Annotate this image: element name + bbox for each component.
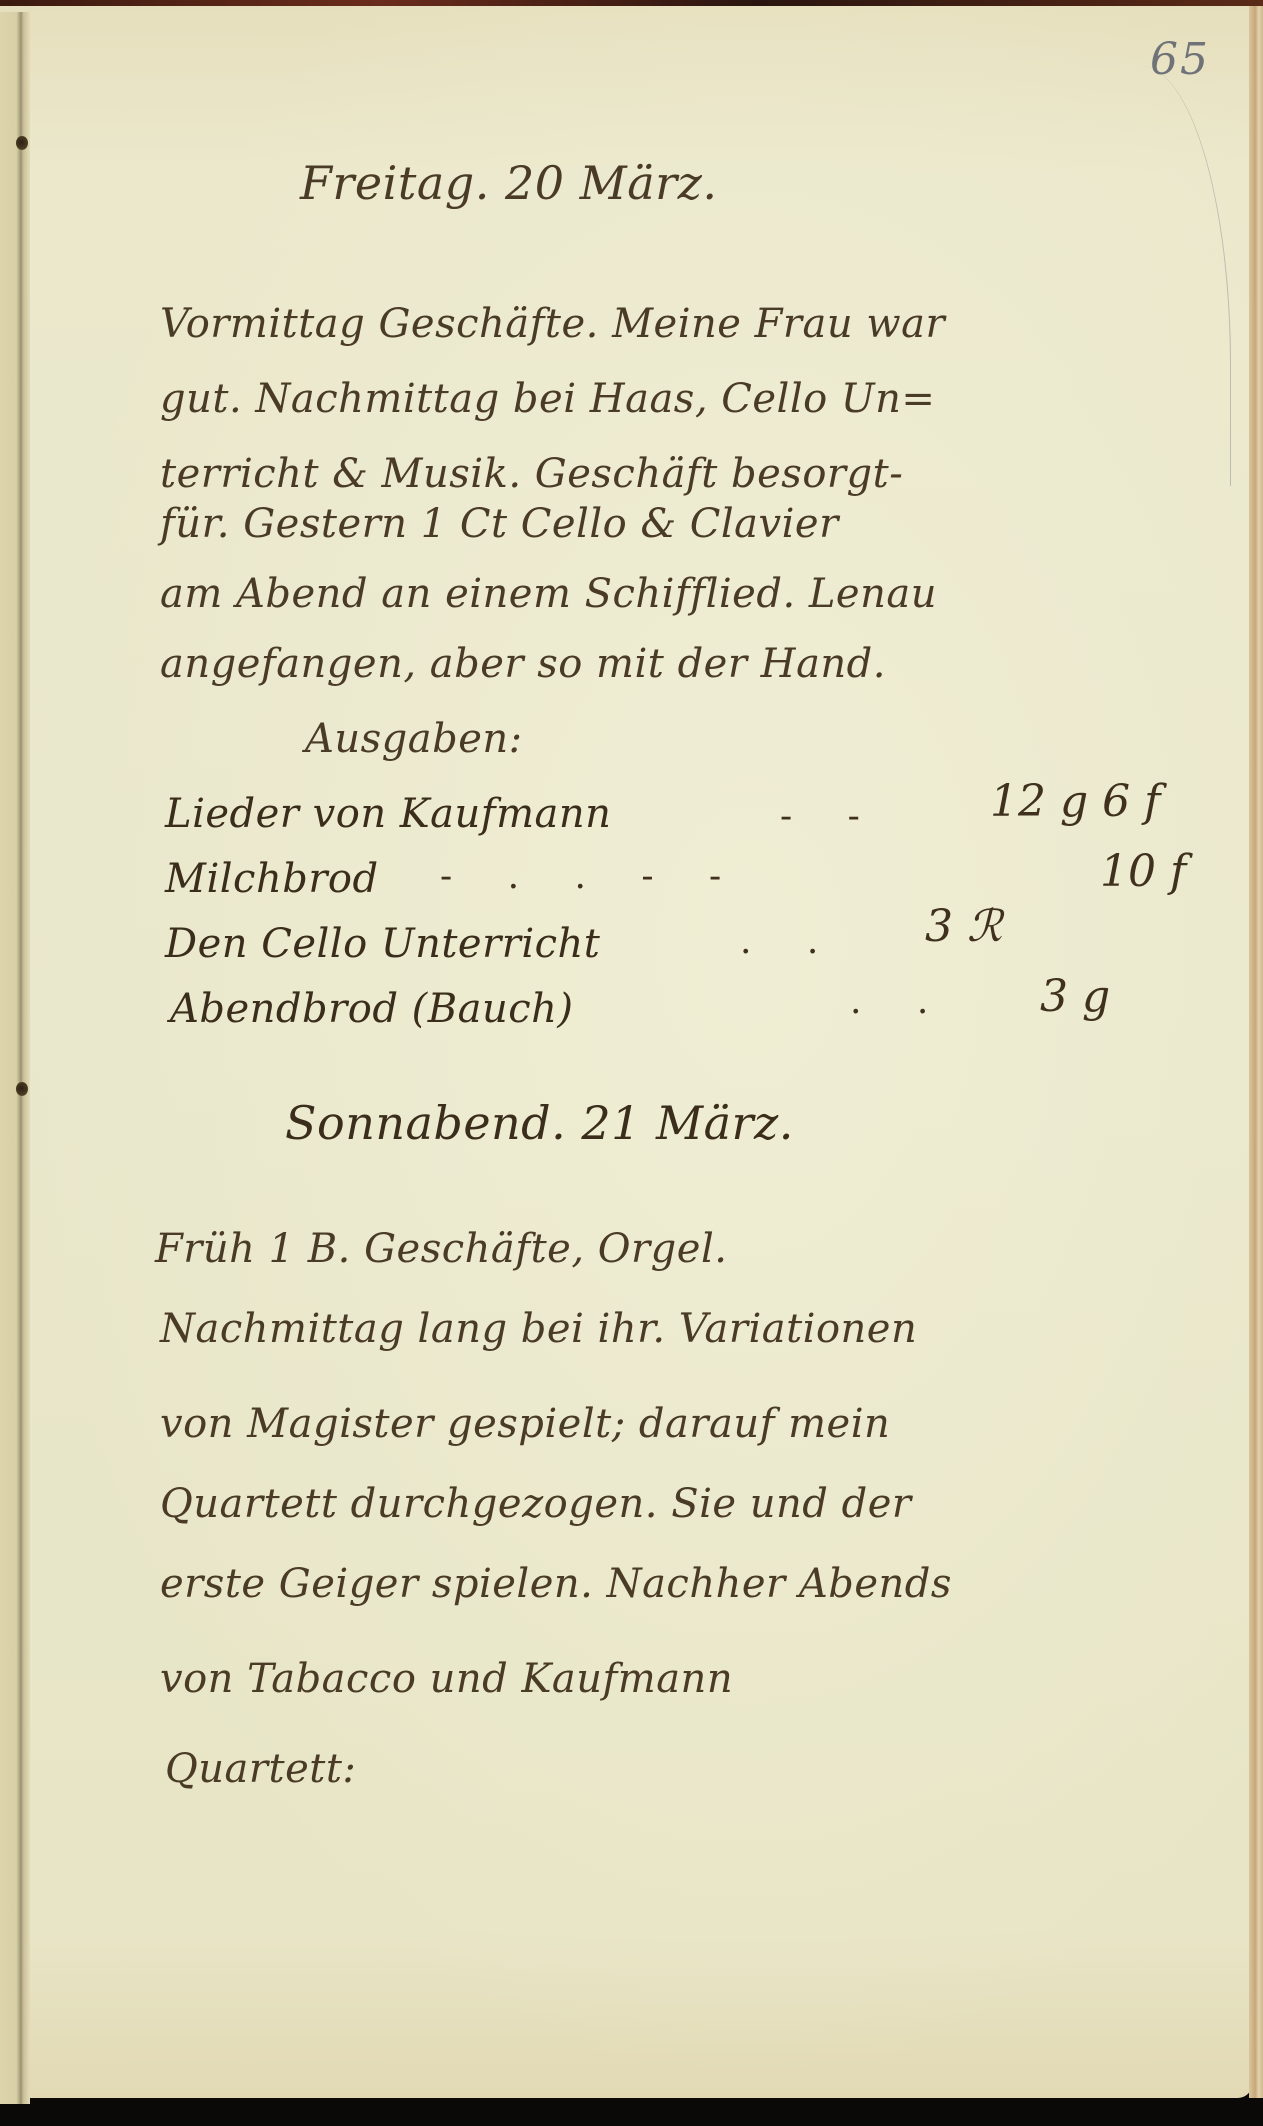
entry-line: am Abend an einem Schifflied. Lenau	[160, 571, 937, 617]
entry-line: Nachmittag lang bei ihr. Variationen	[160, 1306, 917, 1352]
expense-description: Milchbrod	[165, 856, 379, 902]
expense-leader: - -	[780, 796, 882, 837]
entry-line: von Tabacco und Kaufmann	[160, 1656, 733, 1702]
expense-amount: 3 ℛ	[925, 901, 1002, 952]
entry-line: Früh 1 B. Geschäfte, Orgel.	[155, 1226, 727, 1272]
binding-hole	[16, 136, 28, 150]
expense-description: Den Cello Unterricht	[165, 921, 600, 967]
entry-heading: Sonnabend. 21 März.	[285, 1096, 794, 1150]
binding-gutter	[0, 12, 30, 2104]
entry-line: Vormittag Geschäfte. Meine Frau war	[160, 301, 945, 347]
entry-line: gut. Nachmittag bei Haas, Cello Un=	[160, 376, 935, 422]
entry-line: erste Geiger spielen. Nachher Abends	[160, 1561, 952, 1607]
expense-description: Lieder von Kaufmann	[165, 791, 611, 837]
entry-heading: Freitag. 20 März.	[300, 156, 717, 210]
expenses-label: Ausgaben:	[305, 716, 523, 762]
folio-number: 65	[1150, 34, 1210, 85]
entry-line: terricht & Musik. Geschäft besorgt-	[160, 451, 903, 497]
expense-leader: . .	[740, 921, 840, 962]
entry-line: Quartett:	[165, 1746, 356, 1792]
expense-leader: - . . - -	[440, 856, 743, 897]
expense-amount: 3 g	[1040, 971, 1110, 1022]
entry-line: von Magister gespielt; darauf mein	[160, 1401, 890, 1447]
notebook-page: 65 Freitag. 20 März. Vormittag Geschäfte…	[0, 6, 1252, 2098]
pencil-mark	[1120, 66, 1231, 486]
page-fore-edge	[1249, 6, 1263, 2098]
entry-line: für. Gestern 1 Ct Cello & Clavier	[160, 501, 839, 547]
expense-description: Abendbrod (Bauch)	[170, 986, 574, 1032]
entry-line: angefangen, aber so mit der Hand.	[160, 641, 886, 687]
expense-amount: 10 f	[1100, 846, 1186, 897]
expense-leader: . .	[850, 981, 950, 1022]
binding-hole	[16, 1082, 28, 1096]
entry-line: Quartett durchgezogen. Sie und der	[160, 1481, 912, 1527]
expense-amount: 12 g 6 f	[990, 776, 1160, 827]
